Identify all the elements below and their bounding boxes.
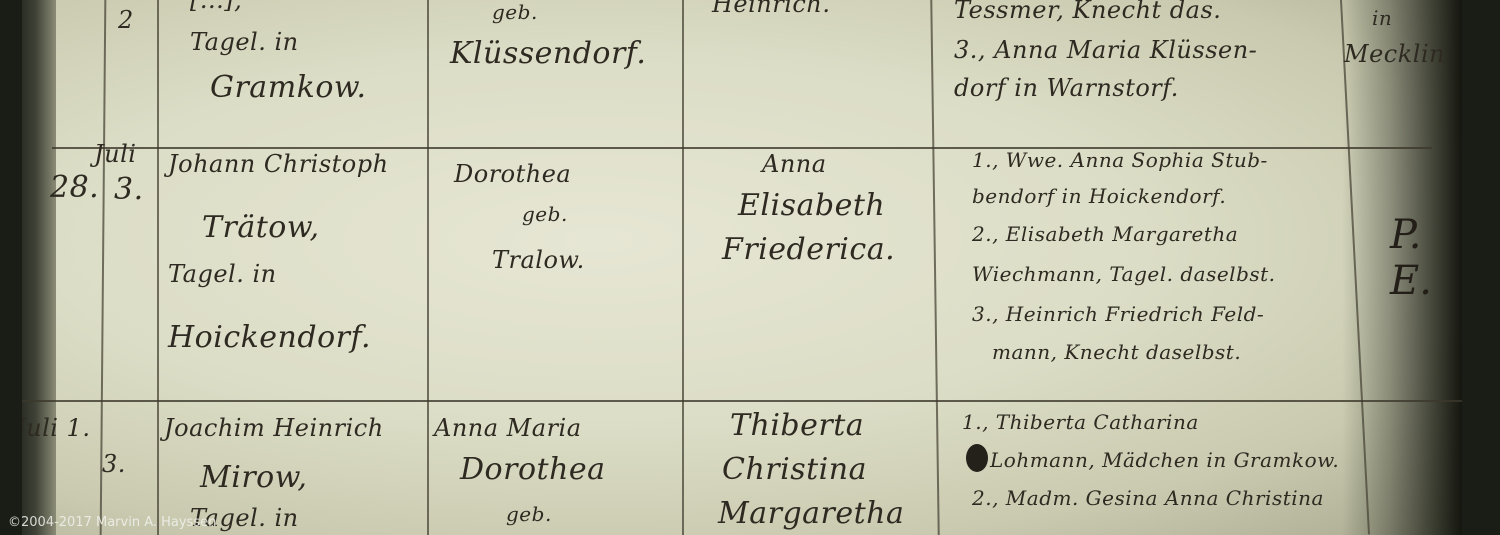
row-rule-2 [22, 400, 1462, 402]
father-line-1: Johann Christoph [168, 150, 389, 178]
column-rule-3 [427, 0, 429, 535]
note-line-2: Mecklin [1344, 40, 1445, 68]
godparent-line-2: Lohmann, Mädchen in Gramkow. [990, 448, 1339, 472]
child-line-3: Margaretha [718, 496, 904, 531]
mother-line-2: geb. [522, 202, 568, 226]
godparent-line-6: mann, Knecht daselbst. [992, 340, 1241, 364]
child-line-1: Anna [762, 150, 827, 178]
father-line-3: Gramkow. [210, 70, 367, 105]
entry-number: Juli 1. [22, 414, 90, 442]
father-line-2: Mirow, [200, 460, 307, 495]
mother-line-1: Anna Maria [434, 414, 582, 442]
father-line-1: [...], [190, 0, 242, 14]
child-line-2: Christina [722, 452, 867, 487]
day-cell: 3. [102, 450, 126, 478]
godparent-line-5: 3., Heinrich Friedrich Feld- [972, 302, 1264, 326]
godparent-line-2: 3., Anna Maria Klüssen- [954, 36, 1257, 64]
book-binding-left [22, 0, 56, 535]
godparent-line-1: 1., Thiberta Catharina [962, 410, 1199, 434]
pastor-initials-mark: P. E. [1390, 212, 1462, 304]
column-rule-4 [682, 0, 684, 535]
mother-line-2: Klüssendorf. [450, 36, 646, 71]
godparent-line-3: 2., Madm. Gesina Anna Christina [972, 486, 1324, 510]
father-line-4: Hoickendorf. [168, 320, 371, 355]
day-cell: 3. [114, 172, 144, 207]
father-line-2: Trätow, [202, 210, 320, 245]
child-line-2: Elisabeth [738, 188, 885, 223]
register-page: 2 [...], Tagel. in Gramkow. geb. Klüssen… [22, 0, 1462, 535]
godparent-line-1: 1., Wwe. Anna Sophia Stub- [972, 148, 1268, 172]
father-line-1: Joachim Heinrich [164, 414, 384, 442]
mother-line-1: geb. [492, 0, 538, 24]
note-line-1: in [1372, 6, 1392, 30]
month-cell: Juli [94, 140, 136, 168]
father-line-3: Tagel. in [168, 260, 277, 288]
godparent-line-3: dorf in Warnstorf. [954, 74, 1179, 102]
mother-line-1: Dorothea [454, 160, 571, 188]
godparent-line-2: bendorf in Hoickendorf. [972, 184, 1226, 208]
column-rule-5 [930, 0, 939, 535]
mother-line-3: Tralow. [492, 246, 585, 274]
child-line-3: Friederica. [722, 232, 895, 267]
copyright-watermark: ©2004-2017 Marvin A. Hayssen [8, 515, 216, 530]
mother-line-3: geb. [506, 502, 552, 526]
ink-blot [966, 444, 988, 472]
child-line-1: Thiberta [730, 408, 864, 443]
day-cell: 2 [118, 6, 134, 34]
godparent-line-3: 2., Elisabeth Margaretha [972, 222, 1238, 246]
father-line-2: Tagel. in [190, 28, 299, 56]
child-line-1: Heinrich. [712, 0, 830, 18]
entry-number: 28. [50, 170, 99, 205]
mother-line-2: Dorothea [460, 452, 606, 487]
godparent-line-4: Wiechmann, Tagel. daselbst. [972, 262, 1276, 286]
column-rule-2 [157, 0, 159, 535]
godparent-line-1: Tessmer, Knecht das. [954, 0, 1221, 24]
